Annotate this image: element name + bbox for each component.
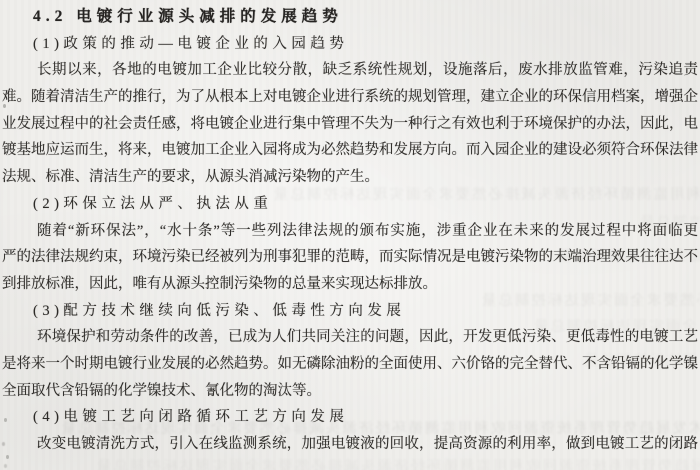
text-line: 业发展过程中的社会责任感，将电镀企业进行集中管理不失为一种行之有效也利于环境保护… xyxy=(0,111,700,138)
text-line: 长期以来，各地的电镀加工企业比较分散，缺乏系统性规划，设施落后，废水排放监管难，… xyxy=(0,57,700,84)
text-line: 镀基地应运而生，将来，电镀加工企业入园将成为必然趋势和发展方向。而入园企业的建设… xyxy=(0,137,700,164)
text-line: 法规、标准、清洁生产的要求，从源头消减污染物的产生。 xyxy=(0,164,700,191)
section-2-heading: (2)环保立法从严、执法从重 xyxy=(0,191,700,218)
text-line: 环境保护和劳动条件的改善，已成为人们共同关注的问题，因此，开发更低污染、更低毒性… xyxy=(0,324,700,351)
document-body: 4.2 电镀行业源头减排的发展趋势 (1)政策的推动—电镀企业的入园趋势 长期以… xyxy=(0,0,700,470)
text-line: 严的法律法规约束，环境污染已经被列为刑事犯罪的范畴，而实际情况是电镀污染物的末端… xyxy=(0,244,700,271)
section-1-heading: (1)政策的推动—电镀企业的入园趋势 xyxy=(0,31,700,58)
section-3-heading: (3)配方技术继续向低污染、低毒性方向发展 xyxy=(0,298,700,325)
text-line: 难。随着清洁生产的推行，为了从根本上对电镀企业进行系统的规划管理，建立企业的环保… xyxy=(0,84,700,111)
text-line: 是将来一个时期电镀行业发展的必然趋势。如无磷除油粉的全面使用、六价铬的完全替代、… xyxy=(0,351,700,378)
text-line: 改变电镀清洗方式，引入在线监测系统，加强电镀液的回收，提高资源的利用率，做到电镀… xyxy=(0,431,700,458)
document-title: 4.2 电镀行业源头减排的发展趋势 xyxy=(0,4,700,31)
text-line: 随着“新环保法”，“水十条”等一些列法律法规的颁布实施，涉重企业在未来的发展过程… xyxy=(0,218,700,245)
scanned-document-page: 电镀企业环保法规污染治理排放标准清洁生产工艺技术发展趋势管理系统资源回收利用监测… xyxy=(0,0,700,470)
section-4-heading: (4)电镀工艺向闭路循环工艺方向发展 xyxy=(0,404,700,431)
text-line: 到排放标准，因此，唯有从源头控制污染物的总量来实现达标排放。 xyxy=(0,271,700,298)
text-line: 全面取代含铅镉的化学镍技术、氰化物的淘汰等。 xyxy=(0,378,700,405)
